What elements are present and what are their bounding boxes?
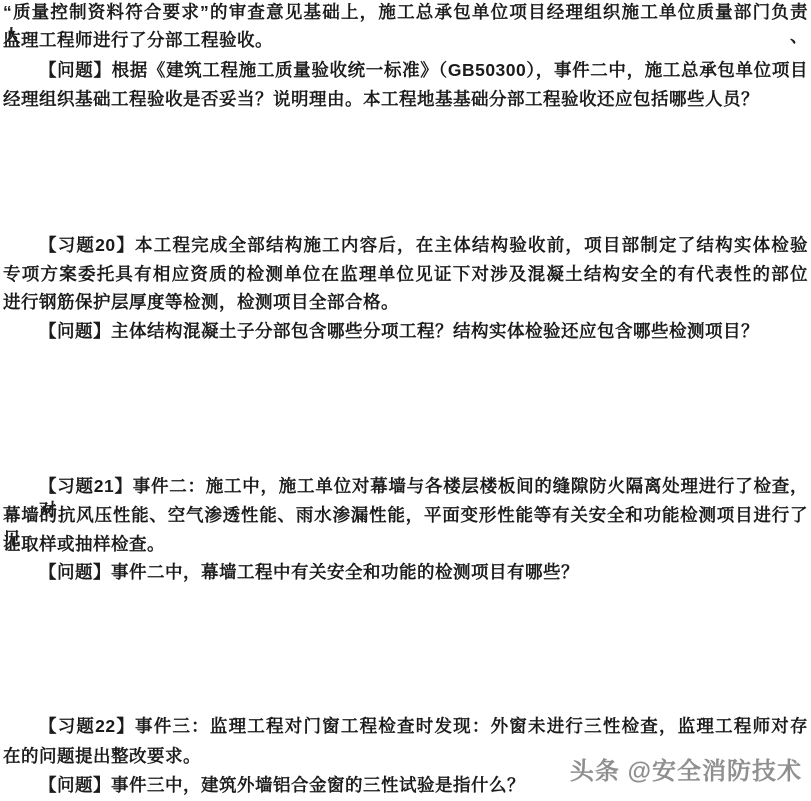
text-line: 进行钢筋保护层厚度等检测，检测项目全部合格。 (3, 290, 808, 314)
question-line: 经理组织基础工程验收是否妥当？说明理由。本工程地基基础分部工程验收还应包括哪些人… (3, 87, 808, 111)
exercise-heading-line: 【习题20】本工程完成全部结构施工内容后，在主体结构验收前，项目部制定了结构实体… (3, 233, 808, 257)
text-line: 监理工程师进行了分部工程验收。 (3, 28, 808, 52)
question-line: 【问题】事件二中，幕墙工程中有关安全和功能的检测项目有哪些？ (3, 560, 808, 584)
document-page: “质量控制资料符合要求”的审查意见基础上，施工总承包单位项目经理组织施工单位质量… (0, 0, 811, 801)
exercise-heading-line: 【习题22】事件三：监理工程对门窗工程检查时发现：外窗未进行三性检查，监理工程师… (3, 714, 808, 738)
question-line: 【问题】根据《建筑工程施工质量验收统一标准》（GB50300），事件二中，施工总… (3, 58, 808, 82)
question-line: 【问题】主体结构混凝土子分部包含哪些分项工程？结构实体检验还应包含哪些检测项目？ (3, 319, 808, 343)
toutiao-watermark: 头条 @安全消防技术 (570, 756, 802, 788)
text-line: 证取样或抽样检查。 (3, 532, 808, 556)
text-line: 专项方案委托具有相应资质的检测单位在监理单位见证下对涉及混凝土结构安全的有代表性… (3, 262, 808, 286)
